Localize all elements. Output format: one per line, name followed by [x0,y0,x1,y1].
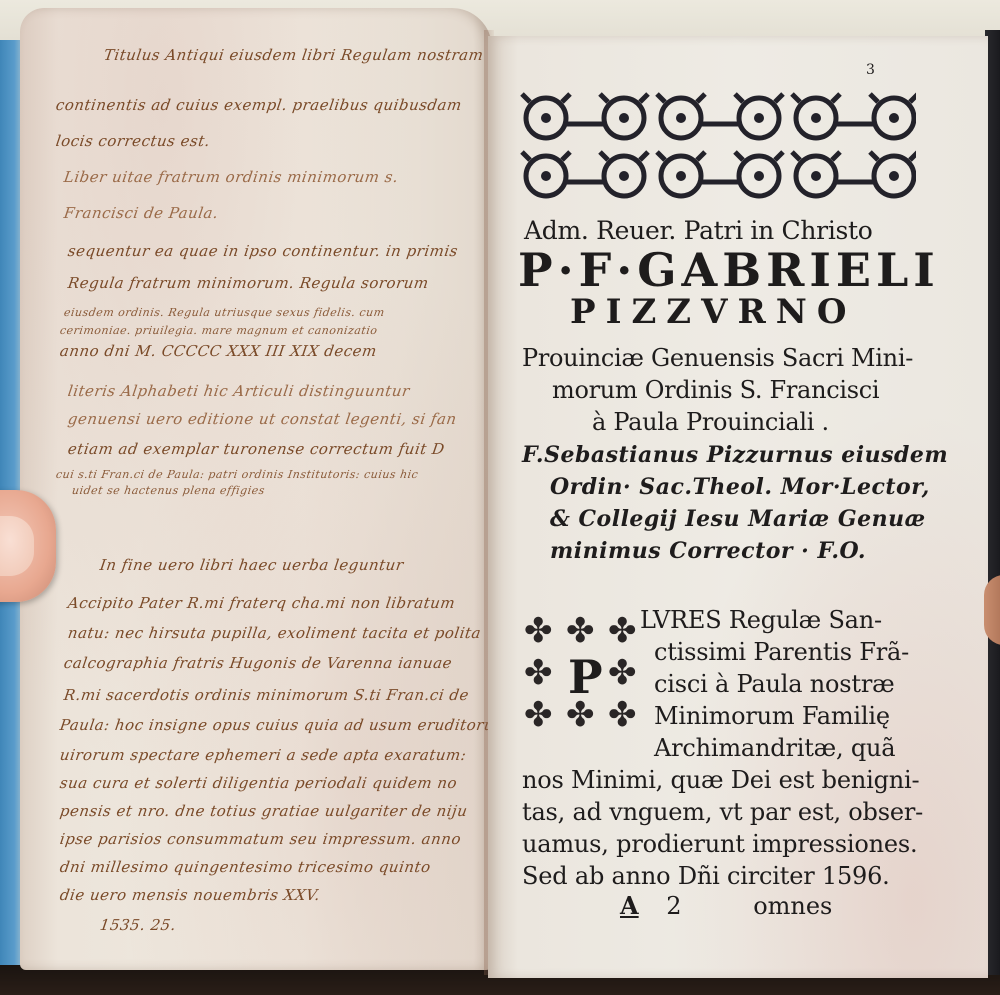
manuscript-line: In fine uero libri haec uerba leguntur [99,556,405,574]
signature-mark: A [620,891,639,920]
book-photo: Titulus Antiqui eiusdem libri Regulam no… [0,0,1000,995]
fleuron-icon: ✤ [608,656,637,690]
manuscript-line: dni millesimo quingentesimo tricesimo qu… [59,858,432,876]
manuscript-line: pensis et nro. dne totius gratiae uulgar… [59,802,469,820]
title-line: morum Ordinis S. Francisci [552,376,879,404]
fleuron-icon: ✤ [566,614,595,648]
right-page-printed: 3 [488,36,988,978]
manuscript-line: cui s.ti Fran.ci de Paula: patri ordinis… [55,468,419,481]
dedicatee-surname: PIZZVRNO [570,292,856,332]
dedicatee-name: P·F·GABRIELI [518,243,940,297]
body-line: cisci à Paula nostræ [654,670,894,698]
fleuron-icon: ✤ [524,614,553,648]
fleuron-icon: ✤ [524,698,553,732]
manuscript-line: R.mi sacerdotis ordinis minimorum S.ti F… [63,686,470,704]
signature-and-catchword: A 2 omnes [620,891,832,920]
signature-number: 2 [666,892,681,920]
manuscript-date: 1535. 25. [99,916,178,934]
author-line: Ordin· Sac.Theol. Mor·Lector, [550,474,930,500]
manuscript-line: uidet se hactenus plena effigies [71,484,266,497]
body-line: nos Minimi, quæ Dei est benigni- [522,766,919,794]
manuscript-line: Regula fratrum minimorum. Regula sororum [67,274,430,292]
manuscript-line: eiusdem ordinis. Regula utriusque sexus … [63,306,385,319]
body-line: LVRES Regulæ San- [640,606,882,634]
body-line: Minimorum Familię [654,702,890,730]
fleuron-icon: ✤ [608,698,637,732]
author-line: F.Sebastianus Pizzurnus eiusdem [522,442,948,468]
manuscript-line: continentis ad cuius exempl. praelibus q… [55,96,463,114]
body-line: Sed ab anno Dñi circiter 1596. [522,862,890,890]
fleuron-icon: ✤ [608,614,637,648]
manuscript-line: sua cura et solerti diligentia periodali… [59,774,459,792]
manuscript-line: die uero mensis nouembris XXV. [59,886,322,904]
author-line: minimus Corrector · F.O. [550,538,866,564]
manuscript-line: Liber uitae fratrum ordinis minimorum s. [63,168,400,186]
manuscript-line: Accipito Pater R.mi fraterq cha.mi non l… [67,594,457,612]
left-thumb [0,490,56,602]
manuscript-line: Paula: hoc insigne opus cuius quia ad us… [59,716,492,734]
page-number: 3 [866,62,875,78]
manuscript-line: sequentur ea quae in ipso continentur. i… [67,242,459,260]
right-thumb [984,575,1000,645]
dedication-line: Adm. Reuer. Patri in Christo [524,216,873,245]
fleuron-icon: ✤ [566,698,595,732]
body-line: tas, ad vnguem, vt par est, obser- [522,798,923,826]
fleuron-headpiece-ornament [516,88,916,204]
manuscript-line: calcographia fratris Hugonis de Varenna … [63,654,454,672]
manuscript-line: etiam ad exemplar turonense correctum fu… [67,440,446,458]
manuscript-line: cerimoniae. priuilegia. mare magnum et c… [59,324,378,337]
manuscript-line: uirorum spectare ephemeri a sede apta ex… [59,746,468,764]
body-line: uamus, prodierunt impressiones. [522,830,917,858]
author-line: & Collegij Iesu Mariæ Genuæ [550,506,926,532]
manuscript-line: genuensi uero editione ut constat legent… [67,410,458,428]
manuscript-line: natu: nec hirsuta pupilla, exoliment tac… [67,624,483,642]
body-line: Archimandritæ, quã [654,734,895,762]
title-line: à Paula Prouinciali . [592,408,829,436]
catchword: omnes [753,892,832,920]
title-line: Prouinciæ Genuensis Sacri Mini- [522,344,913,372]
thumbnail [0,516,34,576]
manuscript-line: ipse parisios consummatum seu impressum.… [59,830,463,848]
manuscript-line: Titulus Antiqui eiusdem libri Regulam no… [103,46,485,64]
manuscript-line: locis correctus est. [55,132,212,150]
manuscript-line: anno dni M. CCCCC XXX III XIX decem [59,342,378,360]
manuscript-line: literis Alphabeti hic Articuli distinguu… [67,382,411,400]
fleuron-icon: ✤ [524,656,553,690]
left-page-manuscript: Titulus Antiqui eiusdem libri Regulam no… [20,8,492,970]
body-line: ctissimi Parentis Frã- [654,638,909,666]
decorated-initial: ✤ ✤ ✤ ✤ P ✤ ✤ ✤ ✤ [524,614,648,738]
manuscript-line: Francisci de Paula. [63,204,220,222]
